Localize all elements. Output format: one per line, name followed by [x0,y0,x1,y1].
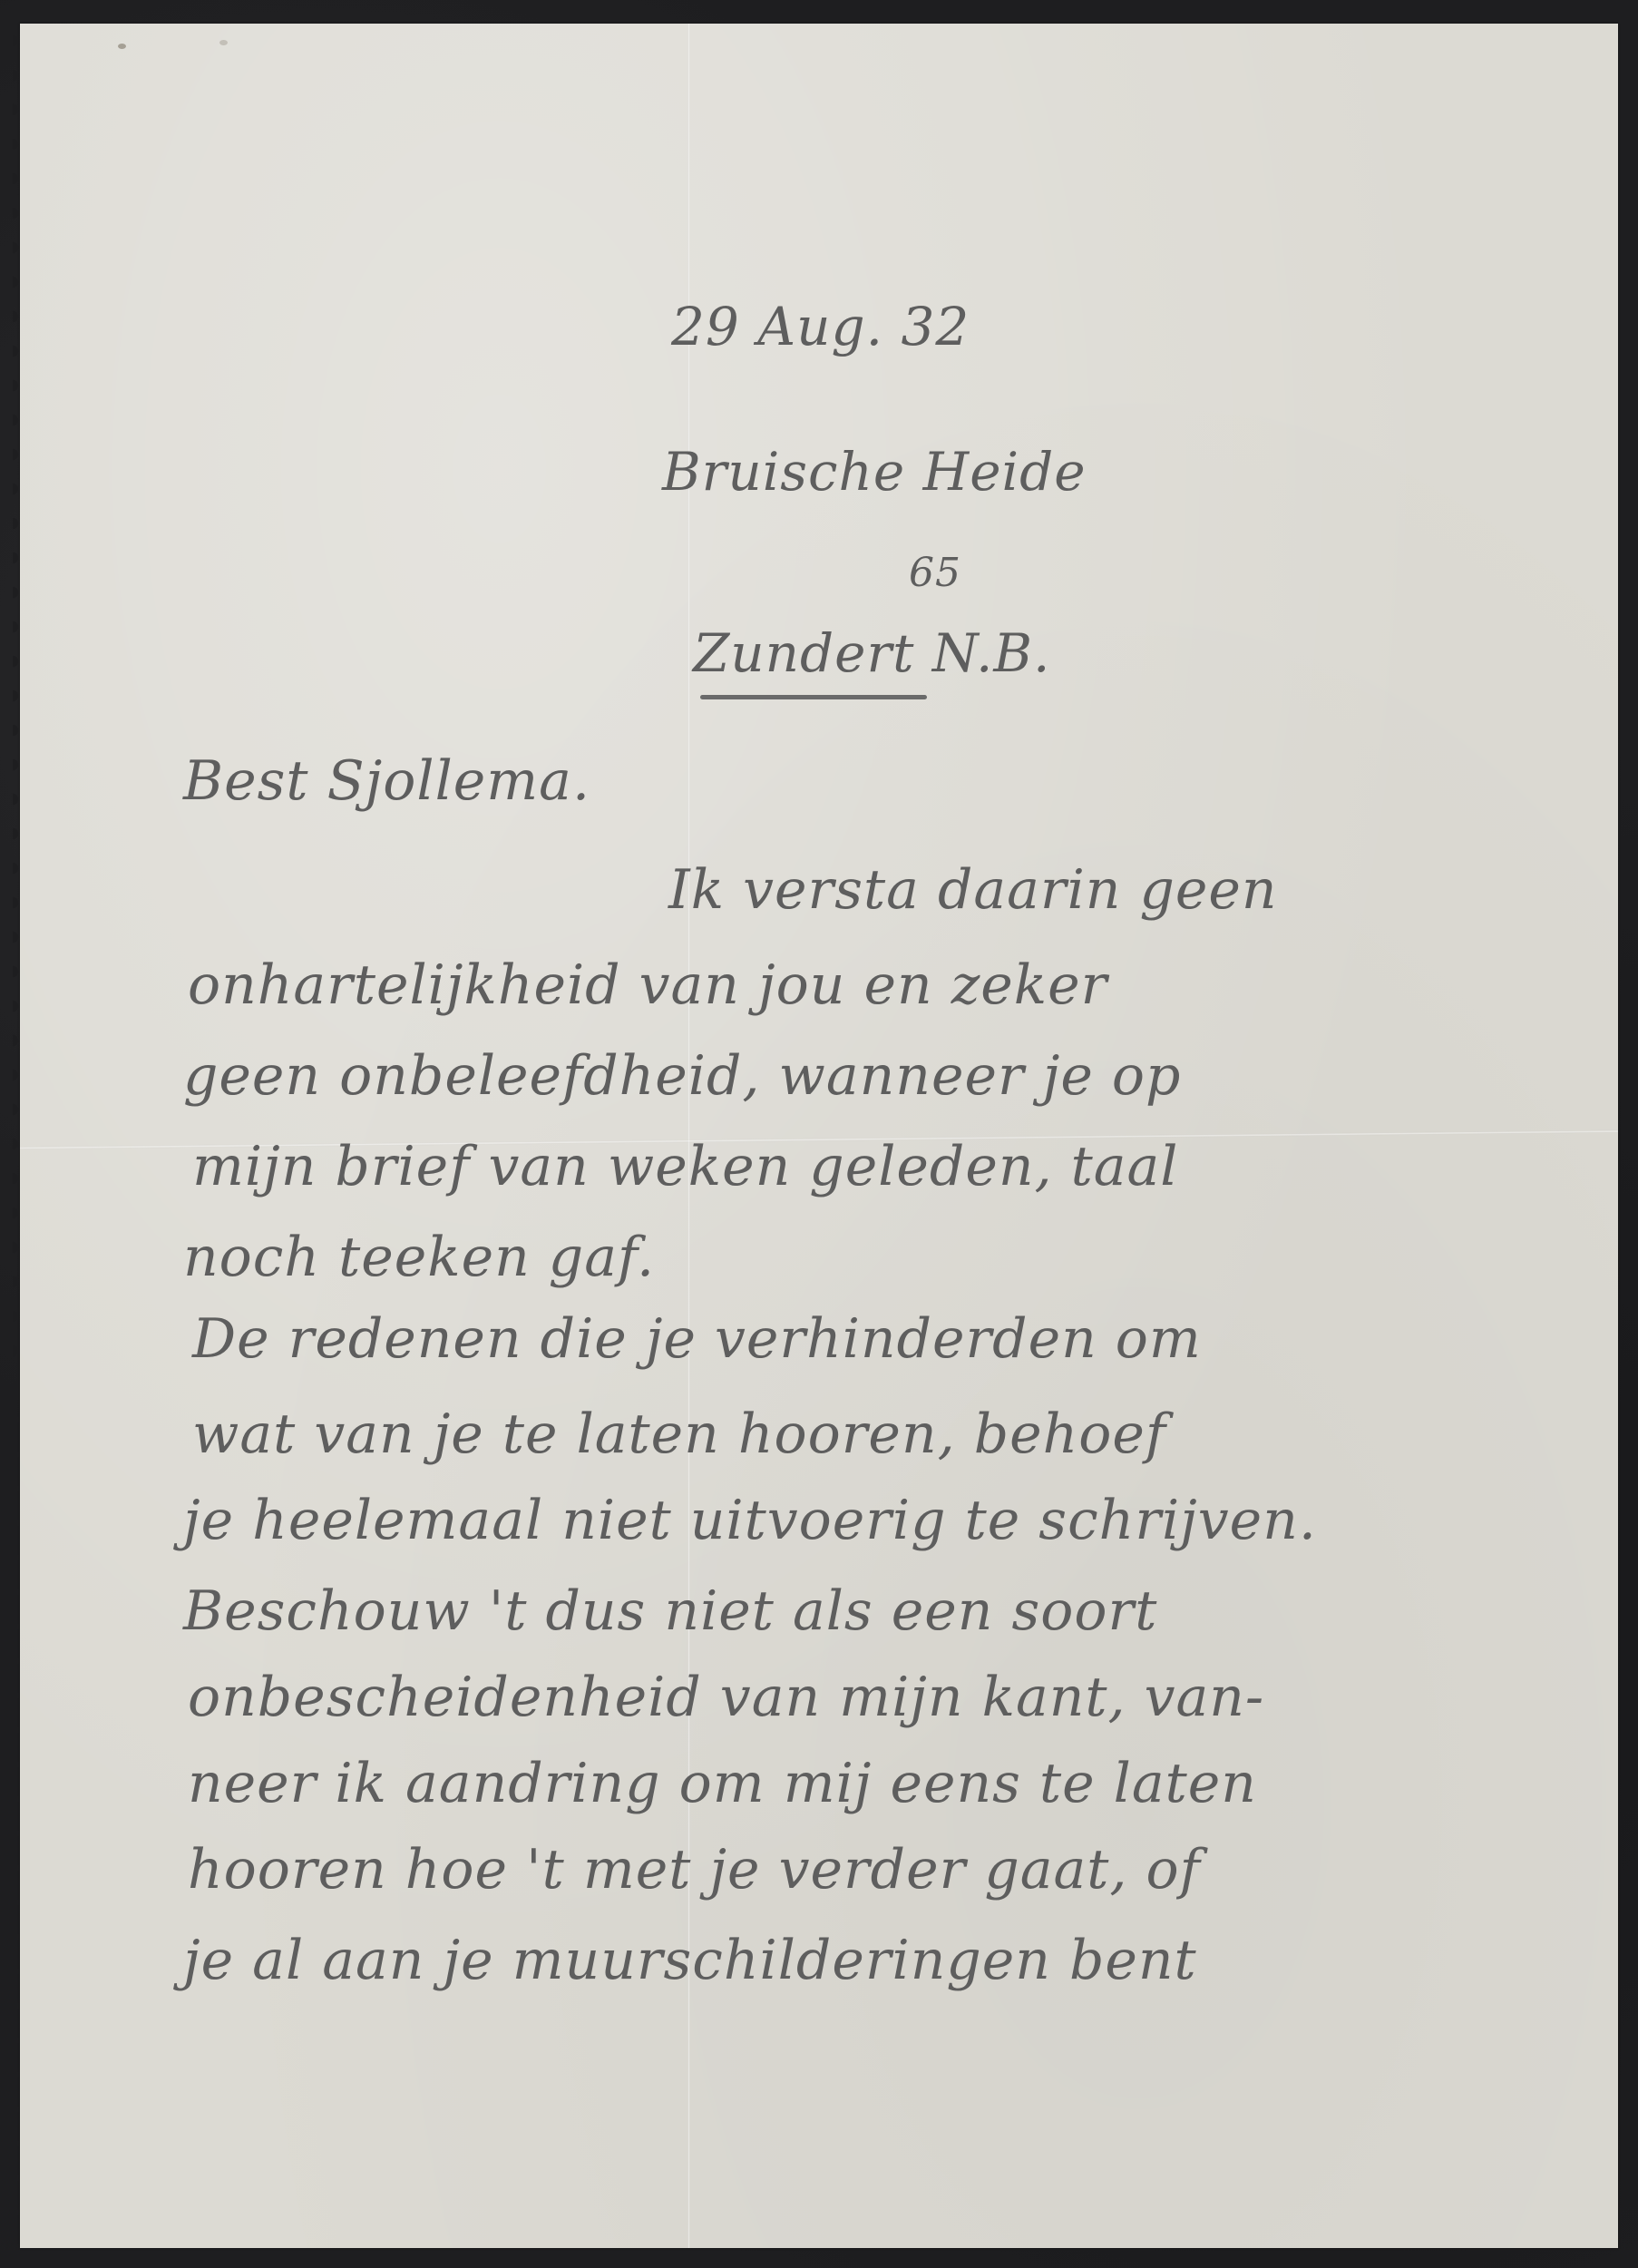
paper-speck [219,40,228,45]
body-line: hooren hoe 't met je verder gaat, of [188,1838,1201,1901]
body-line: De redenen die je verhinderden om [192,1307,1202,1371]
place-underline [700,695,927,699]
body-line: Ik versta daarin geen [668,858,1278,922]
address-place: Zundert N.B. [693,622,1050,684]
body-line: mijn brief van weken geleden, taal [192,1135,1178,1198]
body-line: neer ik aandring om mij eens te laten [188,1752,1257,1815]
body-line: geen onbeleefdheid, wanneer je op [183,1044,1181,1108]
body-line: je heelemaal niet uitvoerig te schrijven… [183,1489,1317,1552]
paper-speck [118,44,126,49]
body-line: onhartelijkheid van jou en zeker [188,953,1107,1017]
body-line: wat van je te laten hooren, behoef [192,1403,1166,1466]
body-line: Beschouw 't dus niet als een soort [183,1579,1157,1643]
letter-page: 29 Aug. 32 Bruische Heide 65 Zundert N.B… [20,24,1618,2248]
address-house-number: 65 [909,550,961,596]
letter-date: 29 Aug. 32 [671,296,970,357]
letter-salutation: Best Sjollema. [183,749,590,813]
body-line: onbescheidenheid van mijn kant, van- [188,1666,1264,1729]
address-street: Bruische Heide [662,441,1087,503]
body-line: je al aan je muurschilderingen bent [183,1929,1197,1992]
body-line: noch teeken gaf. [183,1226,655,1289]
perforated-edge [13,24,27,2248]
